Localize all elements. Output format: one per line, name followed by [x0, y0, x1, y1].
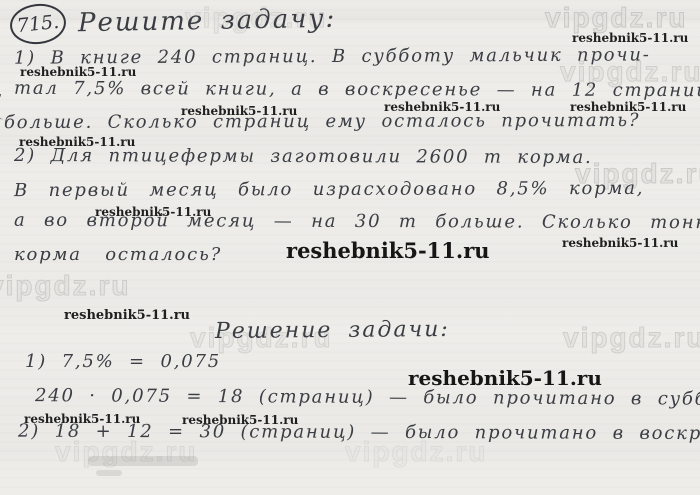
watermark-reshebnik: reshebnik5-11.ru — [562, 236, 678, 250]
problem-line: больше. Сколько страниц ему осталось про… — [4, 110, 640, 133]
problem-line: 2) Для птицефермы заготовили 2600 т корм… — [14, 145, 593, 168]
scanned-notebook-page: vipgdz.ru vipgdz.ru vipgdz.ru vipgdz.ru … — [0, 0, 700, 495]
scan-smudge — [88, 456, 198, 466]
problem-number: 715. — [8, 1, 68, 47]
watermark-vipgdz: vipgdz.ru — [563, 322, 700, 354]
problem-line: а во второй месяц — на 30 т больше. Скол… — [14, 210, 700, 233]
solution-line: 1) 7,5% = 0,075 — [25, 351, 221, 372]
scan-smudge — [96, 470, 122, 476]
watermark-reshebnik: reshebnik5-11.ru — [572, 31, 688, 45]
problem-line: корма осталось? — [14, 244, 222, 265]
watermark-vipgdz: vipgdz.ru — [545, 2, 687, 34]
watermark-reshebnik-large: reshebnik5-11.ru — [286, 238, 490, 263]
solution-line: 2) 18 + 12 = 30 (страниц) — было прочита… — [18, 421, 700, 445]
problem-line: В первый месяц было израсходовано 8,5% к… — [14, 178, 644, 201]
watermark-reshebnik: reshebnik5-11.ru — [64, 308, 190, 323]
watermark-vipgdz: vipgdz.ru — [0, 270, 130, 302]
problem-line: тал 7,5% всей книги, а в воскресенье — н… — [14, 78, 700, 101]
problem-line: 1) В книге 240 страниц. В субботу мальчи… — [14, 44, 651, 68]
solution-line: 240 · 0,075 = 18 (страниц) — было прочит… — [35, 385, 700, 410]
solution-heading: Решение задачи: — [215, 317, 450, 344]
page-title: Решите задачу: — [78, 4, 337, 39]
